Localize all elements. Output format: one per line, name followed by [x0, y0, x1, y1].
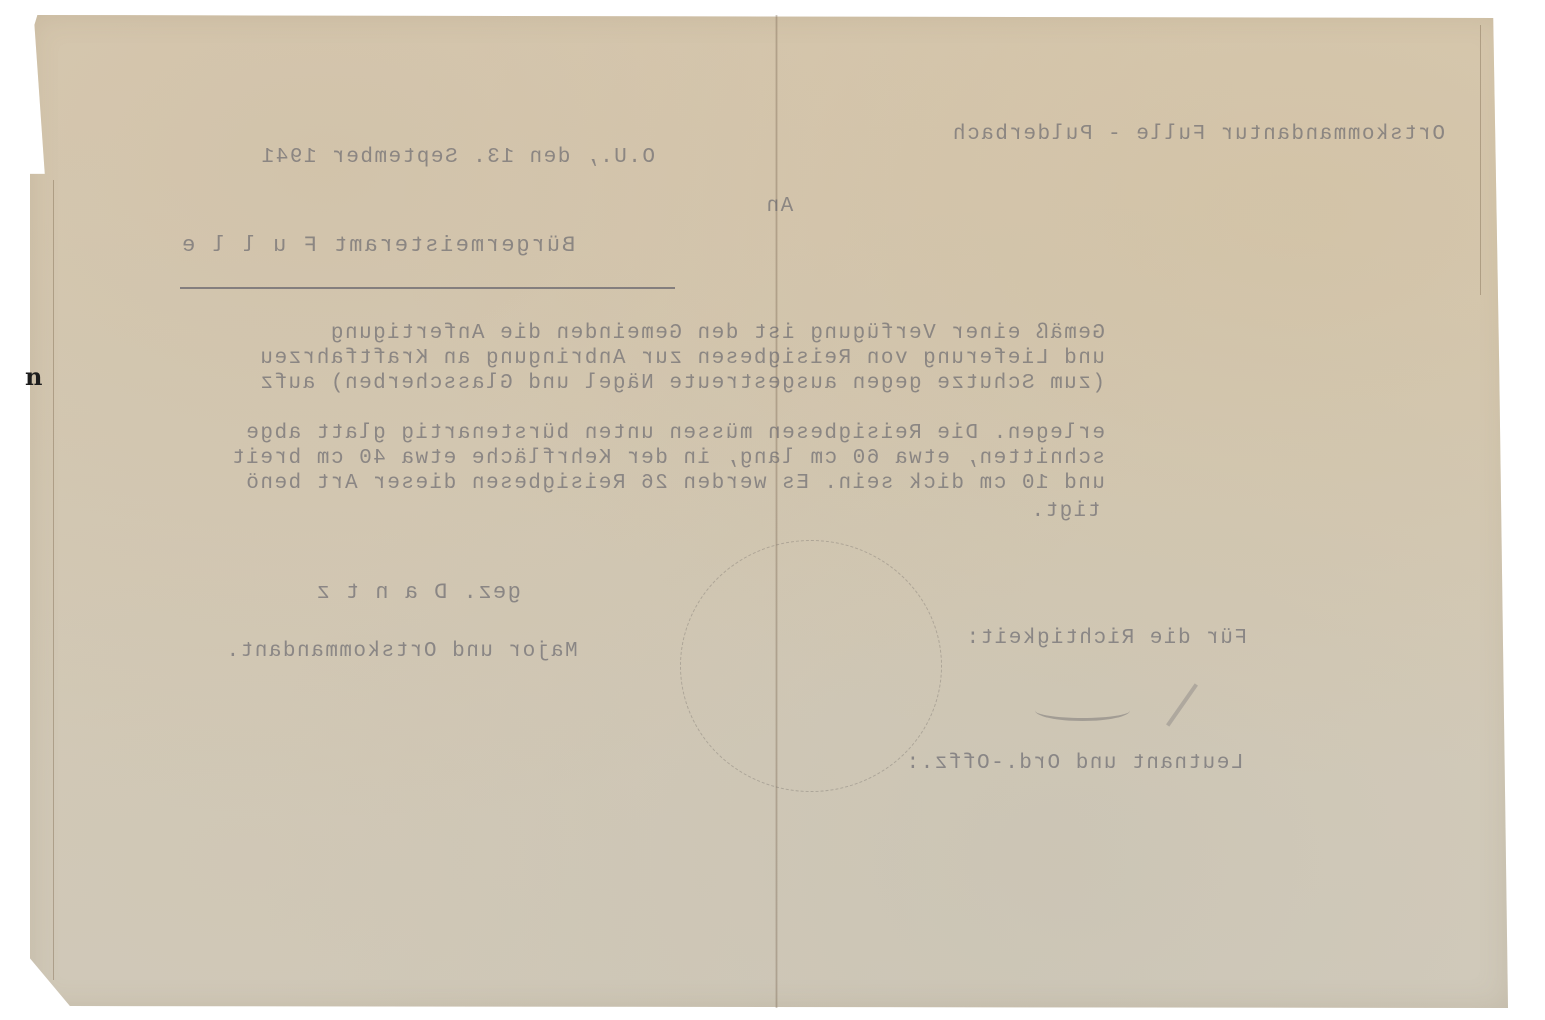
handwritten-signature	[1035, 700, 1130, 721]
signature-right-certification: Für die Richtigkeit:	[965, 627, 1247, 650]
addressee-recipient: Bürgermeisteramt F u l l e	[180, 233, 575, 258]
signature-right-title: Leutnant und Ord.-Offz.:	[905, 752, 1243, 775]
signature-left-signed: gez. D a n t z	[315, 580, 521, 605]
body-line-2: und Lieferung von Reisigbesen zur Anbrin…	[55, 347, 1105, 370]
addressee-underline	[180, 287, 675, 289]
addressee-prefix: An	[765, 195, 793, 218]
body-line-1: Gemäß einer Verfügung ist den Gemeinden …	[55, 322, 1105, 345]
body-line-6: und 10 cm dick sein. Es werden 26 Reisig…	[55, 472, 1105, 495]
header-place-date: O.U., den 13. September 1941	[260, 146, 655, 169]
faint-circular-stamp	[680, 540, 942, 792]
header-sender: Ortskommandantur Fulle - Pulderbach	[951, 123, 1445, 146]
signature-left-title: Major und Ortskommandant.	[225, 640, 578, 663]
body-line-7: tigt.	[1030, 500, 1101, 523]
body-line-3: (zum Schutze gegen ausgestreute Nägel un…	[55, 372, 1105, 395]
margin-mark: n	[25, 362, 42, 391]
body-line-4: erlegen. Die Reisigbesen müssen unten bü…	[55, 422, 1105, 445]
paper-fold-edge-left	[33, 180, 54, 980]
body-line-5: schnitten, etwa 60 cm lang, in der Kehrf…	[55, 447, 1105, 470]
header-line: Ortskommandantur Fulle - Pulderbach O.U.…	[45, 100, 1505, 169]
